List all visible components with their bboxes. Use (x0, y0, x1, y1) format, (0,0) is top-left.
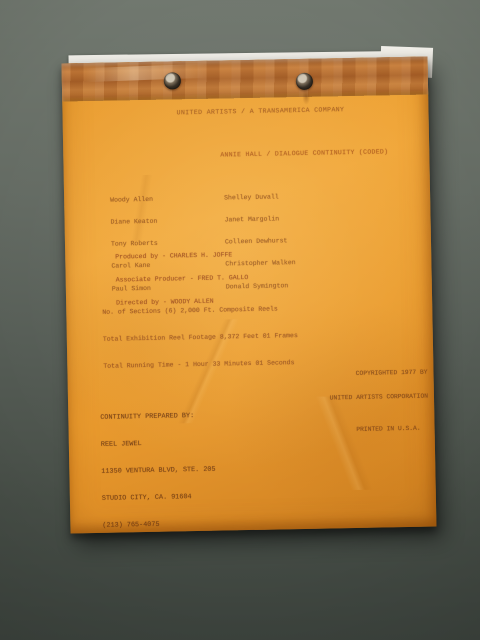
cast-name: Shelley Duvall (224, 193, 294, 202)
binding-smudge (302, 89, 310, 105)
grommet-left-icon (164, 72, 181, 89)
printed-in-line: PRINTED IN U.S.A. (330, 425, 428, 435)
footage-line: Total Running Time - 1 Hour 33 Minutes 0… (103, 358, 298, 371)
studio-header: UNITED ARTISTS / A TRANSAMERICA COMPANY (62, 105, 428, 119)
footage-line: Total Exhibition Reel Footage 8,372 Feet… (103, 331, 298, 344)
prepared-by-block: CONTINUITY PREPARED BY: REEL JEWEL 11350… (100, 394, 217, 549)
prepared-line: (213) 765-4075 (102, 520, 216, 531)
prepared-line: 11350 VENTURA BLVD, STE. 205 (101, 466, 215, 477)
cast-name: Diane Keaton (111, 216, 225, 226)
binding-strip (62, 57, 429, 102)
copyright-line: COPYRIGHTED 1977 BY (329, 369, 427, 379)
copyright-line: UNITED ARTISTS CORPORATION (330, 393, 428, 403)
copyright-block: COPYRIGHTED 1977 BY UNITED ARTISTS CORPO… (329, 353, 429, 451)
credit-line: Associate Producer - FRED T. GALLO (116, 274, 249, 284)
prepared-line: STUDIO CITY, CA. 91604 (102, 493, 216, 504)
cast-name: Woody Allen (110, 194, 224, 204)
prepared-line: REEL JEWEL (101, 439, 215, 450)
cover-page: UNITED ARTISTS / A TRANSAMERICA COMPANY … (62, 57, 437, 534)
cast-name: Janet Margolin (224, 215, 294, 224)
title-line: ANNIE HALL / DIALOGUE CONTINUITY (CODED) (220, 148, 388, 158)
script-cover: UNITED ARTISTS / A TRANSAMERICA COMPANY … (62, 57, 437, 534)
grommet-right-icon (296, 73, 313, 90)
footage-block: No. of Sections (6) 2,000 Ft. Composite … (102, 286, 299, 389)
binding-shine (86, 64, 206, 82)
credit-line: Produced by - CHARLES H. JOFFE (115, 251, 248, 261)
prepared-line: CONTINUITY PREPARED BY: (100, 412, 214, 423)
photo-background: UNITED ARTISTS / A TRANSAMERICA COMPANY … (0, 0, 480, 640)
footage-line: No. of Sections (6) 2,000 Ft. Composite … (102, 304, 297, 317)
